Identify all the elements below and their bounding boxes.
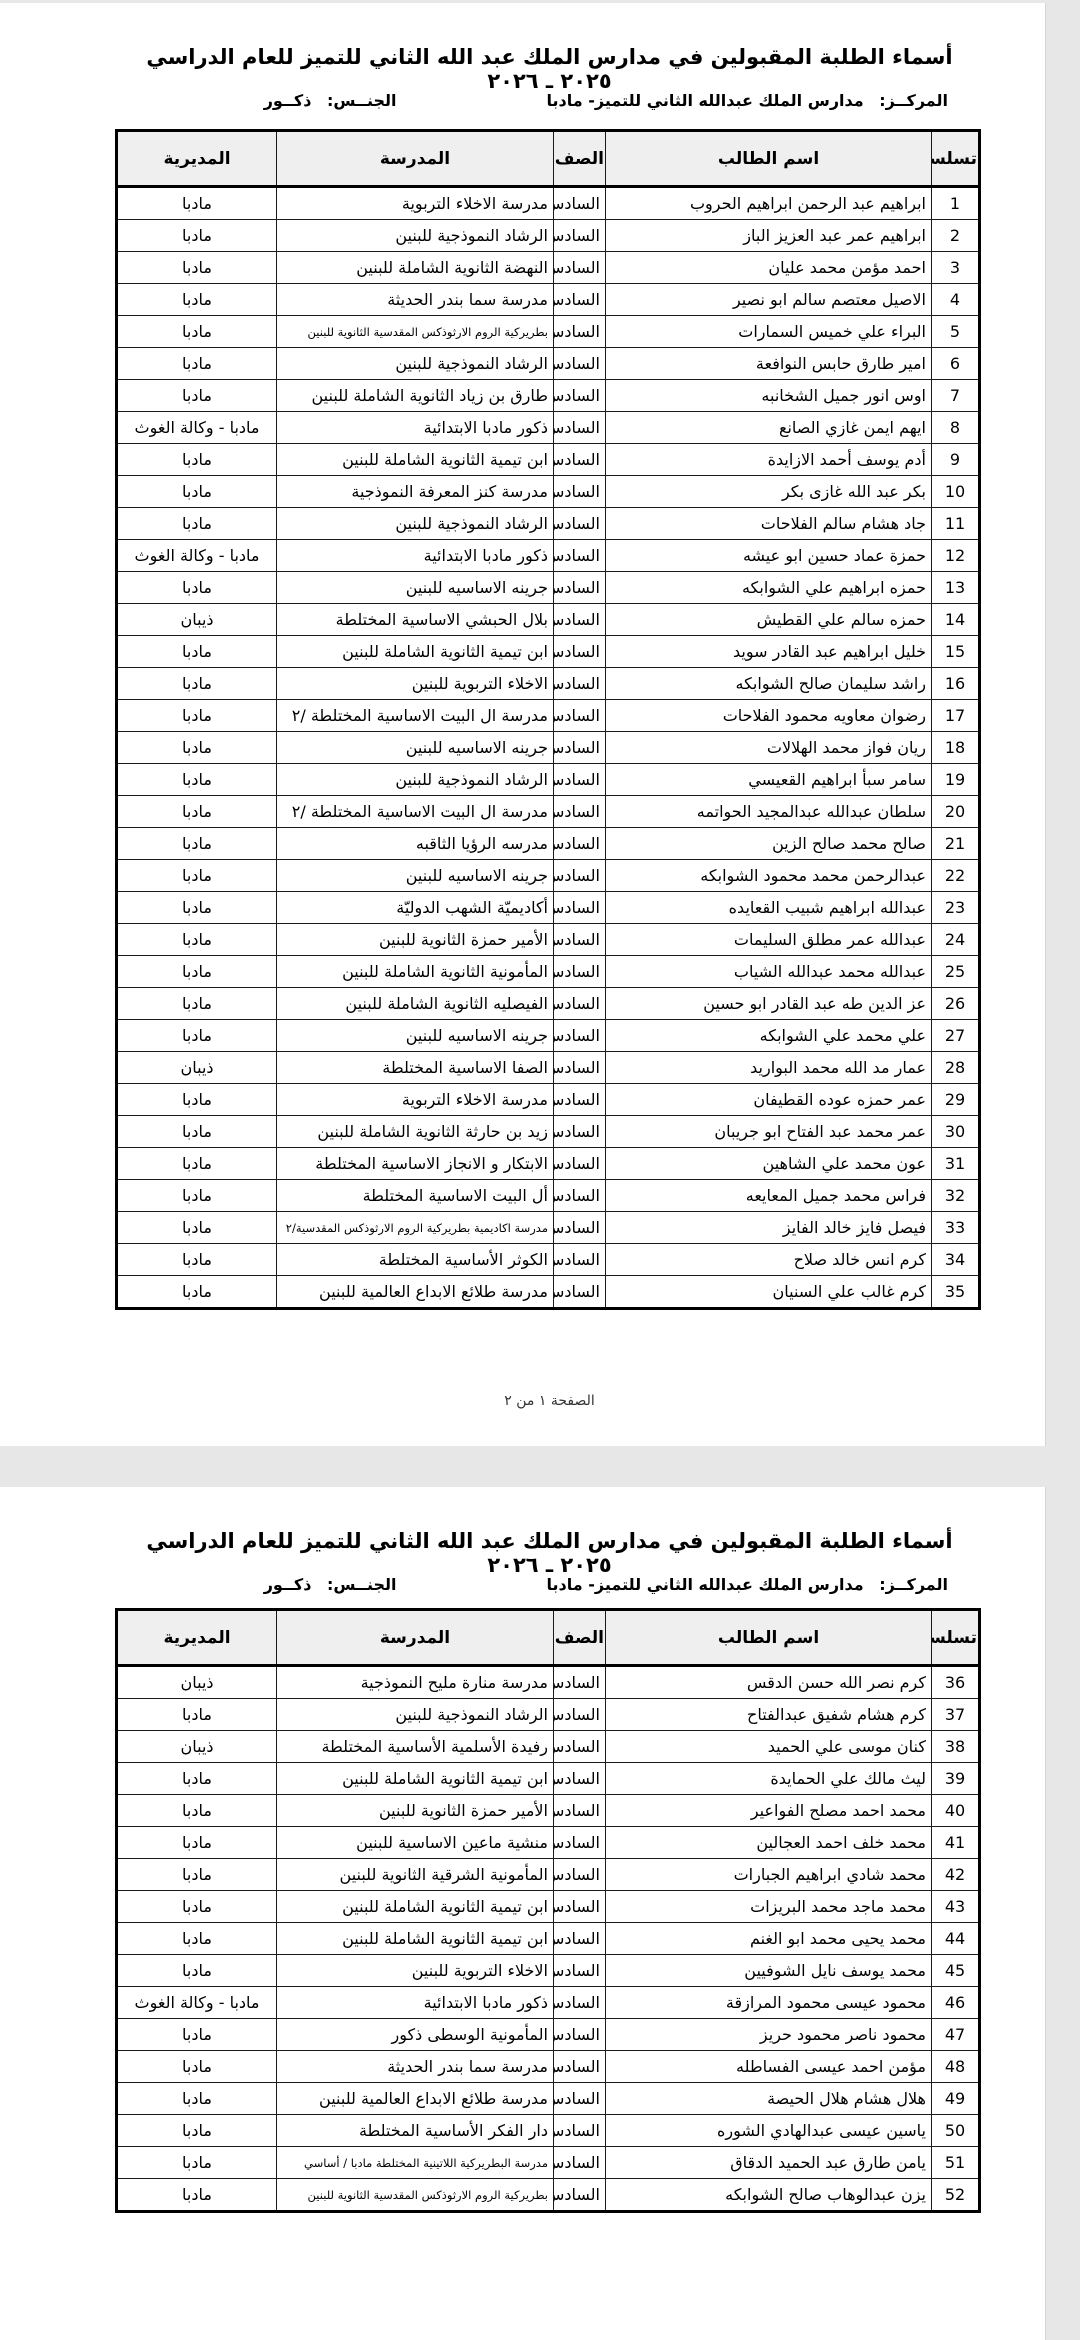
- school-cell: مدرسة ال البيت الاساسية المختلطة /٢: [277, 796, 554, 828]
- serial-cell: 48: [932, 2051, 980, 2083]
- serial-cell: 35: [932, 1276, 980, 1309]
- student-name-cell: ابراهيم عبد الرحمن ابراهيم الحروب: [606, 187, 932, 220]
- serial-cell: 1: [932, 187, 980, 220]
- directorate-cell: مادبا: [117, 1795, 277, 1827]
- serial-cell: 4: [932, 284, 980, 316]
- table-row: 52يزن عبدالوهاب صالح الشوابكهالسادسبطرير…: [117, 2179, 980, 2212]
- document-subtitle: المركــز: مدارس الملك عبدالله الثاني للت…: [264, 1575, 948, 1594]
- student-name-cell: محمود ناصر محمود حريز: [606, 2019, 932, 2051]
- table-row: 10بكر عبد الله غازى بكرالسادسمدرسة كنز ا…: [117, 476, 980, 508]
- serial-cell: 36: [932, 1666, 980, 1699]
- table-row: 36كرم نصر الله حسن الدقسالسادسمدرسة منار…: [117, 1666, 980, 1699]
- serial-cell: 26: [932, 988, 980, 1020]
- directorate-cell: مادبا: [117, 1116, 277, 1148]
- col-header-school: المدرسة: [277, 131, 554, 187]
- table-row: 19سامر سبأ ابراهيم القعيسيالسادسالرشاد ا…: [117, 764, 980, 796]
- student-name-cell: محمود عيسى محمود المرازقة: [606, 1987, 932, 2019]
- grade-cell: السادس: [554, 1244, 606, 1276]
- student-name-cell: كرم نصر الله حسن الدقس: [606, 1666, 932, 1699]
- table-row: 37كرم هشام شفيق عبدالفتاحالسادسالرشاد ال…: [117, 1699, 980, 1731]
- directorate-cell: مادبا: [117, 1699, 277, 1731]
- directorate-cell: ذيبان: [117, 1666, 277, 1699]
- directorate-cell: مادبا: [117, 1891, 277, 1923]
- gender-value: ذكــور: [264, 91, 312, 110]
- serial-cell: 45: [932, 1955, 980, 1987]
- serial-cell: 12: [932, 540, 980, 572]
- table-row: 11جاد هشام سالم الفلاحاتالسادسالرشاد الن…: [117, 508, 980, 540]
- table-row: 44محمد يحيى محمد ابو الغنمالسادسابن تيمي…: [117, 1923, 980, 1955]
- student-name-cell: رضوان معاويه محمود الفلاحات: [606, 700, 932, 732]
- serial-cell: 52: [932, 2179, 980, 2212]
- grade-cell: السادس: [554, 380, 606, 412]
- document-title: أسماء الطلبة المقبولين في مدارس الملك عب…: [118, 1529, 981, 1577]
- grade-cell: السادس: [554, 508, 606, 540]
- school-cell: الكوثر الأساسية المختلطة: [277, 1244, 554, 1276]
- grade-cell: السادس: [554, 1148, 606, 1180]
- grade-cell: السادس: [554, 572, 606, 604]
- table-row: 48مؤمن احمد عيسى الفساطلهالسادسمدرسة سما…: [117, 2051, 980, 2083]
- table-row: 12حمزة عماد حسين ابو عيشهالسادسذكور مادب…: [117, 540, 980, 572]
- grade-cell: السادس: [554, 2051, 606, 2083]
- student-name-cell: عون محمد علي الشاهين: [606, 1148, 932, 1180]
- table-row: 13حمزه ابراهيم علي الشوابكهالسادسجرينه ا…: [117, 572, 980, 604]
- student-name-cell: فراس محمد جميل المعايعه: [606, 1180, 932, 1212]
- school-cell: أكاديميّة الشهب الدوليّة: [277, 892, 554, 924]
- serial-cell: 37: [932, 1699, 980, 1731]
- directorate-cell: مادبا: [117, 220, 277, 252]
- table-row: 27علي محمد علي الشوابكهالسادسجرينه الاسا…: [117, 1020, 980, 1052]
- student-name-cell: حمزة عماد حسين ابو عيشه: [606, 540, 932, 572]
- col-header-student-name: اسم الطالب: [606, 1610, 932, 1666]
- gender-label: الجنــس:: [327, 91, 397, 110]
- table-row: 25عبدالله محمد عبدالله الشيابالسادسالمأم…: [117, 956, 980, 988]
- school-cell: الرشاد النموذجية للبنين: [277, 508, 554, 540]
- directorate-cell: مادبا: [117, 1827, 277, 1859]
- serial-cell: 51: [932, 2147, 980, 2179]
- table-row: 34كرم انس خالد صلاحالسادسالكوثر الأساسية…: [117, 1244, 980, 1276]
- directorate-cell: مادبا: [117, 1923, 277, 1955]
- serial-cell: 17: [932, 700, 980, 732]
- school-cell: دار الفكر الأساسية المختلطة: [277, 2115, 554, 2147]
- directorate-cell: مادبا: [117, 2115, 277, 2147]
- gender-label: الجنــس:: [327, 1575, 397, 1594]
- grade-cell: السادس: [554, 1276, 606, 1309]
- grade-cell: السادس: [554, 1859, 606, 1891]
- grade-cell: السادس: [554, 2179, 606, 2212]
- serial-cell: 34: [932, 1244, 980, 1276]
- school-cell: بطريركية الروم الارثوذكس المقدسية الثانو…: [277, 316, 554, 348]
- grade-cell: السادس: [554, 988, 606, 1020]
- serial-cell: 20: [932, 796, 980, 828]
- serial-cell: 30: [932, 1116, 980, 1148]
- table-row: 46محمود عيسى محمود المرازقةالسادسذكور ما…: [117, 1987, 980, 2019]
- directorate-cell: مادبا: [117, 796, 277, 828]
- school-cell: الاخلاء التربوية للبنين: [277, 1955, 554, 1987]
- directorate-cell: مادبا: [117, 1244, 277, 1276]
- school-cell: جرينه الاساسيه للبنين: [277, 860, 554, 892]
- serial-cell: 41: [932, 1827, 980, 1859]
- student-name-cell: عمر حمزه عوده القطيفان: [606, 1084, 932, 1116]
- table-row: 24عبدالله عمر مطلق السليماتالسادسالأمير …: [117, 924, 980, 956]
- school-cell: مدرسة سما بندر الحديثة: [277, 2051, 554, 2083]
- school-cell: المأمونية الشرقية الثانوية للبنين: [277, 1859, 554, 1891]
- grade-cell: السادس: [554, 348, 606, 380]
- center-field: المركــز: مدارس الملك عبدالله الثاني للت…: [547, 91, 948, 110]
- directorate-cell: مادبا: [117, 252, 277, 284]
- serial-cell: 15: [932, 636, 980, 668]
- grade-cell: السادس: [554, 1116, 606, 1148]
- school-cell: الرشاد النموذجية للبنين: [277, 220, 554, 252]
- school-cell: ابن تيمية الثانوية الشاملة للبنين: [277, 1891, 554, 1923]
- directorate-cell: مادبا: [117, 924, 277, 956]
- pdf-viewer-scroll-area[interactable]: { "document": { "title": "أسماء الطلبة ا…: [0, 0, 1080, 2340]
- directorate-cell: مادبا: [117, 2147, 277, 2179]
- student-name-cell: عمار مد الله محمد البواريد: [606, 1052, 932, 1084]
- student-name-cell: حمزه سالم علي القطيش: [606, 604, 932, 636]
- table-row: 41محمد خلف احمد العجالينالسادسمنشية ماعي…: [117, 1827, 980, 1859]
- school-cell: الأمير حمزة الثانوية للبنين: [277, 924, 554, 956]
- directorate-cell: مادبا - وكالة الغوث: [117, 1987, 277, 2019]
- student-name-cell: ليث مالك علي الحمايدة: [606, 1763, 932, 1795]
- student-name-cell: يزن عبدالوهاب صالح الشوابكه: [606, 2179, 932, 2212]
- school-cell: رفيدة الأسلمية الأساسية المختلطة: [277, 1731, 554, 1763]
- grade-cell: السادس: [554, 316, 606, 348]
- grade-cell: السادس: [554, 956, 606, 988]
- grade-cell: السادس: [554, 1084, 606, 1116]
- directorate-cell: مادبا: [117, 476, 277, 508]
- directorate-cell: مادبا: [117, 732, 277, 764]
- table-row: 4الاصيل معتصم سالم ابو نصيرالسادسمدرسة س…: [117, 284, 980, 316]
- directorate-cell: ذيبان: [117, 604, 277, 636]
- student-name-cell: عبدالله عمر مطلق السليمات: [606, 924, 932, 956]
- directorate-cell: ذيبان: [117, 1731, 277, 1763]
- table-row: 2ابراهيم عمر عبد العزيز البازالسادسالرشا…: [117, 220, 980, 252]
- serial-cell: 13: [932, 572, 980, 604]
- school-cell: الفيصليه الثانوية الشاملة للبنين: [277, 988, 554, 1020]
- serial-cell: 14: [932, 604, 980, 636]
- school-cell: الرشاد النموذجية للبنين: [277, 1699, 554, 1731]
- table-row: 20سلطان عبدالله عبدالمجيد الحواتمهالسادس…: [117, 796, 980, 828]
- directorate-cell: مادبا: [117, 636, 277, 668]
- directorate-cell: مادبا: [117, 764, 277, 796]
- student-name-cell: سامر سبأ ابراهيم القعيسي: [606, 764, 932, 796]
- directorate-cell: مادبا: [117, 187, 277, 220]
- document-title: أسماء الطلبة المقبولين في مدارس الملك عب…: [118, 45, 981, 93]
- serial-cell: 50: [932, 2115, 980, 2147]
- serial-cell: 46: [932, 1987, 980, 2019]
- grade-cell: السادس: [554, 252, 606, 284]
- directorate-cell: مادبا: [117, 444, 277, 476]
- table-row: 49هلال هشام هلال الحيصةالسادسمدرسة طلائع…: [117, 2083, 980, 2115]
- grade-cell: السادس: [554, 412, 606, 444]
- serial-cell: 31: [932, 1148, 980, 1180]
- student-name-cell: كرم غالب علي السنيان: [606, 1276, 932, 1309]
- school-cell: المأمونية الوسطى ذكور: [277, 2019, 554, 2051]
- grade-cell: السادس: [554, 1955, 606, 1987]
- student-name-cell: كرم انس خالد صلاح: [606, 1244, 932, 1276]
- serial-cell: 23: [932, 892, 980, 924]
- school-cell: الرشاد النموذجية للبنين: [277, 348, 554, 380]
- grade-cell: السادس: [554, 187, 606, 220]
- grade-cell: السادس: [554, 732, 606, 764]
- grade-cell: السادس: [554, 1666, 606, 1699]
- serial-cell: 3: [932, 252, 980, 284]
- serial-cell: 5: [932, 316, 980, 348]
- student-name-cell: يامن طارق عبد الحميد الدقاق: [606, 2147, 932, 2179]
- directorate-cell: مادبا: [117, 1148, 277, 1180]
- school-cell: مدرسة اكاديمية بطريركية الروم الارثوذكس …: [277, 1212, 554, 1244]
- center-label: المركــز:: [879, 91, 948, 110]
- student-name-cell: ابراهيم عمر عبد العزيز الباز: [606, 220, 932, 252]
- table-row: 38كنان موسى علي الحميدالسادسرفيدة الأسلم…: [117, 1731, 980, 1763]
- table-row: 50ياسين عيسى عبدالهادي الشورهالسادسدار ا…: [117, 2115, 980, 2147]
- directorate-cell: مادبا: [117, 1763, 277, 1795]
- student-name-cell: عبدالله محمد عبدالله الشياب: [606, 956, 932, 988]
- directorate-cell: مادبا: [117, 1212, 277, 1244]
- col-header-grade: الصف: [554, 131, 606, 187]
- serial-cell: 39: [932, 1763, 980, 1795]
- serial-cell: 43: [932, 1891, 980, 1923]
- pdf-page-1: أسماء الطلبة المقبولين في مدارس الملك عب…: [0, 3, 1046, 1446]
- serial-cell: 32: [932, 1180, 980, 1212]
- col-header-school: المدرسة: [277, 1610, 554, 1666]
- school-cell: مدرسة سما بندر الحديثة: [277, 284, 554, 316]
- serial-cell: 25: [932, 956, 980, 988]
- grade-cell: السادس: [554, 2019, 606, 2051]
- directorate-cell: مادبا: [117, 572, 277, 604]
- serial-cell: 16: [932, 668, 980, 700]
- table-row: 5البراء علي خميس السماراتالسادسبطريركية …: [117, 316, 980, 348]
- student-name-cell: احمد مؤمن محمد عليان: [606, 252, 932, 284]
- grade-cell: السادس: [554, 924, 606, 956]
- school-cell: المأمونية الثانوية الشاملة للبنين: [277, 956, 554, 988]
- students-table-page-2: تسلسلاسم الطالبالصفالمدرسةالمديرية36كرم …: [115, 1608, 981, 2213]
- school-cell: بطريركية الروم الارثوذكس المقدسية الثانو…: [277, 2179, 554, 2212]
- grade-cell: السادس: [554, 1827, 606, 1859]
- school-cell: منشية ماعين الاساسية للبنين: [277, 1827, 554, 1859]
- student-name-cell: سلطان عبدالله عبدالمجيد الحواتمه: [606, 796, 932, 828]
- school-cell: ابن تيمية الثانوية الشاملة للبنين: [277, 444, 554, 476]
- serial-cell: 49: [932, 2083, 980, 2115]
- directorate-cell: مادبا - وكالة الغوث: [117, 412, 277, 444]
- serial-cell: 44: [932, 1923, 980, 1955]
- directorate-cell: مادبا: [117, 508, 277, 540]
- school-cell: الصفا الاساسية المختلطة: [277, 1052, 554, 1084]
- student-name-cell: محمد احمد مصلح الفواعير: [606, 1795, 932, 1827]
- student-name-cell: حمزه ابراهيم علي الشوابكه: [606, 572, 932, 604]
- gender-value: ذكــور: [264, 1575, 312, 1594]
- grade-cell: السادس: [554, 828, 606, 860]
- grade-cell: السادس: [554, 540, 606, 572]
- student-name-cell: بكر عبد الله غازى بكر: [606, 476, 932, 508]
- school-cell: الرشاد النموذجية للبنين: [277, 764, 554, 796]
- directorate-cell: مادبا: [117, 892, 277, 924]
- col-header-grade: الصف: [554, 1610, 606, 1666]
- gender-field: الجنــس: ذكــور: [264, 1575, 397, 1594]
- directorate-cell: مادبا - وكالة الغوث: [117, 540, 277, 572]
- serial-cell: 47: [932, 2019, 980, 2051]
- student-name-cell: كنان موسى علي الحميد: [606, 1731, 932, 1763]
- table-row: 47محمود ناصر محمود حريزالسادسالمأمونية ا…: [117, 2019, 980, 2051]
- header-row: تسلسلاسم الطالبالصفالمدرسةالمديرية: [117, 1610, 980, 1666]
- grade-cell: السادس: [554, 1987, 606, 2019]
- table-row: 15خليل ابراهيم عبد القادر سويدالسادسابن …: [117, 636, 980, 668]
- school-cell: ابن تيمية الثانوية الشاملة للبنين: [277, 1923, 554, 1955]
- grade-cell: السادس: [554, 1731, 606, 1763]
- school-cell: زيد بن حارثة الثانوية الشاملة للبنين: [277, 1116, 554, 1148]
- student-name-cell: محمد يحيى محمد ابو الغنم: [606, 1923, 932, 1955]
- col-header-directorate: المديرية: [117, 1610, 277, 1666]
- table-row: 18ريان فواز محمد الهلالاتالسادسجرينه الا…: [117, 732, 980, 764]
- school-cell: ذكور مادبا الابتدائية: [277, 540, 554, 572]
- student-name-cell: الاصيل معتصم سالم ابو نصير: [606, 284, 932, 316]
- grade-cell: السادس: [554, 604, 606, 636]
- grade-cell: السادس: [554, 476, 606, 508]
- student-name-cell: اوس انور جميل الشخانبه: [606, 380, 932, 412]
- directorate-cell: مادبا: [117, 668, 277, 700]
- grade-cell: السادس: [554, 1923, 606, 1955]
- table-row: 14حمزه سالم علي القطيشالسادسبلال الحبشي …: [117, 604, 980, 636]
- serial-cell: 8: [932, 412, 980, 444]
- table-row: 51يامن طارق عبد الحميد الدقاقالسادسمدرسة…: [117, 2147, 980, 2179]
- school-cell: الاخلاء التربوية للبنين: [277, 668, 554, 700]
- school-cell: أل البيت الاساسية المختلطة: [277, 1180, 554, 1212]
- directorate-cell: مادبا: [117, 988, 277, 1020]
- student-name-cell: عز الدين طه عبد القادر ابو حسين: [606, 988, 932, 1020]
- directorate-cell: مادبا: [117, 1859, 277, 1891]
- gender-field: الجنــس: ذكــور: [264, 91, 397, 110]
- serial-cell: 27: [932, 1020, 980, 1052]
- table-row: 26عز الدين طه عبد القادر ابو حسينالسادسا…: [117, 988, 980, 1020]
- student-name-cell: خليل ابراهيم عبد القادر سويد: [606, 636, 932, 668]
- student-name-cell: راشد سليمان صالح الشوابكه: [606, 668, 932, 700]
- serial-cell: 24: [932, 924, 980, 956]
- grade-cell: السادس: [554, 860, 606, 892]
- table-row: 30عمر محمد عبد الفتاح ابو جريبانالسادسزي…: [117, 1116, 980, 1148]
- grade-cell: السادس: [554, 1795, 606, 1827]
- student-name-cell: عمر محمد عبد الفتاح ابو جريبان: [606, 1116, 932, 1148]
- table-row: 21صالح محمد صالح الزينالسادسمدرسه الرؤيا…: [117, 828, 980, 860]
- school-cell: مدرسة الاخلاء التربوية: [277, 187, 554, 220]
- students-table-page-1: تسلسلاسم الطالبالصفالمدرسةالمديرية1ابراه…: [115, 129, 981, 1310]
- directorate-cell: مادبا: [117, 2179, 277, 2212]
- col-header-student-name: اسم الطالب: [606, 131, 932, 187]
- student-name-cell: ايهم ايمن غازي الصانع: [606, 412, 932, 444]
- school-cell: ذكور مادبا الابتدائية: [277, 412, 554, 444]
- directorate-cell: مادبا: [117, 284, 277, 316]
- table-row: 45محمد يوسف نايل الشوفيينالسادسالاخلاء ا…: [117, 1955, 980, 1987]
- grade-cell: السادس: [554, 764, 606, 796]
- school-cell: مدرسة طلائع الابداع العالمية للبنين: [277, 1276, 554, 1309]
- grade-cell: السادس: [554, 2083, 606, 2115]
- center-label: المركــز:: [879, 1575, 948, 1594]
- directorate-cell: مادبا: [117, 316, 277, 348]
- grade-cell: السادس: [554, 892, 606, 924]
- grade-cell: السادس: [554, 1212, 606, 1244]
- grade-cell: السادس: [554, 444, 606, 476]
- directorate-cell: مادبا: [117, 2051, 277, 2083]
- directorate-cell: ذيبان: [117, 1052, 277, 1084]
- table-row: 29عمر حمزه عوده القطيفانالسادسمدرسة الاخ…: [117, 1084, 980, 1116]
- student-name-cell: عبدالله ابراهيم شبيب القعايده: [606, 892, 932, 924]
- school-cell: مدرسة ال البيت الاساسية المختلطة /٢: [277, 700, 554, 732]
- center-value: مدارس الملك عبدالله الثاني للتميز- مادبا: [547, 91, 864, 110]
- school-cell: الابتكار و الانجاز الاساسية المختلطة: [277, 1148, 554, 1180]
- table-row: 35كرم غالب علي السنيانالسادسمدرسة طلائع …: [117, 1276, 980, 1309]
- grade-cell: السادس: [554, 796, 606, 828]
- student-name-cell: امير طارق حابس النوافعة: [606, 348, 932, 380]
- serial-cell: 22: [932, 860, 980, 892]
- grade-cell: السادس: [554, 700, 606, 732]
- student-name-cell: مؤمن احمد عيسى الفساطله: [606, 2051, 932, 2083]
- table-row: 43محمد ماجد محمد البريزاتالسادسابن تيمية…: [117, 1891, 980, 1923]
- grade-cell: السادس: [554, 1180, 606, 1212]
- header-row: تسلسلاسم الطالبالصفالمدرسةالمديرية: [117, 131, 980, 187]
- pdf-page-2: أسماء الطلبة المقبولين في مدارس الملك عب…: [0, 1487, 1046, 2340]
- directorate-cell: مادبا: [117, 2083, 277, 2115]
- directorate-cell: مادبا: [117, 1180, 277, 1212]
- table-row: 28عمار مد الله محمد البواريدالسادسالصفا …: [117, 1052, 980, 1084]
- col-header-directorate: المديرية: [117, 131, 277, 187]
- table-row: 17رضوان معاويه محمود الفلاحاتالسادسمدرسة…: [117, 700, 980, 732]
- student-name-cell: هلال هشام هلال الحيصة: [606, 2083, 932, 2115]
- table-row: 6امير طارق حابس النوافعةالسادسالرشاد الن…: [117, 348, 980, 380]
- serial-cell: 21: [932, 828, 980, 860]
- grade-cell: السادس: [554, 220, 606, 252]
- directorate-cell: مادبا: [117, 956, 277, 988]
- student-name-cell: ريان فواز محمد الهلالات: [606, 732, 932, 764]
- serial-cell: 42: [932, 1859, 980, 1891]
- grade-cell: السادس: [554, 1699, 606, 1731]
- student-name-cell: محمد خلف احمد العجالين: [606, 1827, 932, 1859]
- grade-cell: السادس: [554, 284, 606, 316]
- grade-cell: السادس: [554, 2147, 606, 2179]
- school-cell: جرينه الاساسيه للبنين: [277, 1020, 554, 1052]
- table-row: 32فراس محمد جميل المعايعهالسادسأل البيت …: [117, 1180, 980, 1212]
- student-name-cell: محمد يوسف نايل الشوفيين: [606, 1955, 932, 1987]
- student-name-cell: فيصل فايز خالد الفايز: [606, 1212, 932, 1244]
- student-name-cell: جاد هشام سالم الفلاحات: [606, 508, 932, 540]
- center-field: المركــز: مدارس الملك عبدالله الثاني للت…: [547, 1575, 948, 1594]
- grade-cell: السادس: [554, 1020, 606, 1052]
- serial-cell: 2: [932, 220, 980, 252]
- table-row: 33فيصل فايز خالد الفايزالسادسمدرسة اكادي…: [117, 1212, 980, 1244]
- school-cell: مدرسة البطريركية اللاتينية المختلطة مادب…: [277, 2147, 554, 2179]
- school-cell: ذكور مادبا الابتدائية: [277, 1987, 554, 2019]
- grade-cell: السادس: [554, 1891, 606, 1923]
- directorate-cell: مادبا: [117, 860, 277, 892]
- directorate-cell: مادبا: [117, 700, 277, 732]
- school-cell: مدرسة كنز المعرفة النموذجية: [277, 476, 554, 508]
- school-cell: ابن تيمية الثانوية الشاملة للبنين: [277, 636, 554, 668]
- student-name-cell: كرم هشام شفيق عبدالفتاح: [606, 1699, 932, 1731]
- student-name-cell: محمد شادي ابراهيم الجبارات: [606, 1859, 932, 1891]
- directorate-cell: مادبا: [117, 1084, 277, 1116]
- directorate-cell: مادبا: [117, 348, 277, 380]
- student-name-cell: أدم يوسف أحمد الازايدة: [606, 444, 932, 476]
- directorate-cell: مادبا: [117, 1955, 277, 1987]
- table-row: 8ايهم ايمن غازي الصانعالسادسذكور مادبا ا…: [117, 412, 980, 444]
- school-cell: طارق بن زياد الثانوية الشاملة للبنين: [277, 380, 554, 412]
- student-name-cell: ياسين عيسى عبدالهادي الشوره: [606, 2115, 932, 2147]
- table-row: 39ليث مالك علي الحمايدةالسادسابن تيمية ا…: [117, 1763, 980, 1795]
- serial-cell: 33: [932, 1212, 980, 1244]
- directorate-cell: مادبا: [117, 2019, 277, 2051]
- school-cell: مدرسة الاخلاء التربوية: [277, 1084, 554, 1116]
- table-row: 7اوس انور جميل الشخانبهالسادسطارق بن زيا…: [117, 380, 980, 412]
- serial-cell: 9: [932, 444, 980, 476]
- grade-cell: السادس: [554, 1763, 606, 1795]
